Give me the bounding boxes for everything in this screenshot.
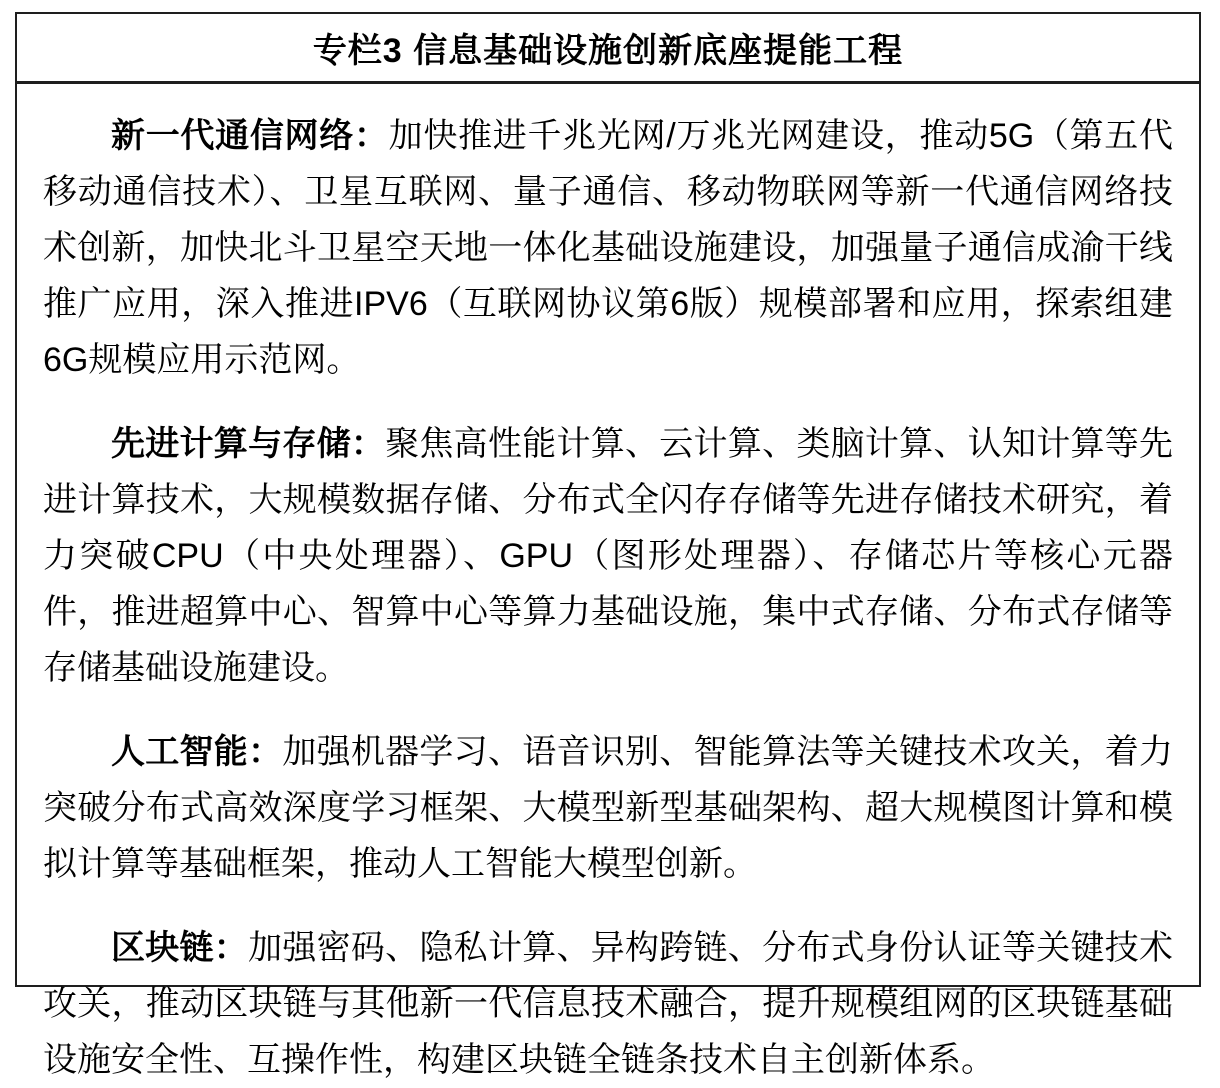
paragraph-label: 区块链： <box>111 929 248 967</box>
panel-title: 专栏3 信息基础设施创新底座提能工程 <box>313 23 903 72</box>
paragraph: 区块链：加强密码、隐私计算、异构跨链、分布式身份认证等关键技术攻关，推动区块链与… <box>43 920 1173 1088</box>
paragraph: 新一代通信网络：加快推进千兆光网/万兆光网建设，推动5G（第五代移动通信技术）、… <box>43 108 1173 388</box>
paragraph-text: 加快推进千兆光网/万兆光网建设，推动5G（第五代移动通信技术）、卫星互联网、量子… <box>43 117 1173 379</box>
paragraph-label: 新一代通信网络： <box>111 117 389 155</box>
paragraph-text: 聚焦高性能计算、云计算、类脑计算、认知计算等先进计算技术，大规模数据存储、分布式… <box>43 425 1173 687</box>
paragraph: 人工智能：加强机器学习、语音识别、智能算法等关键技术攻关，着力突破分布式高效深度… <box>43 724 1173 892</box>
panel-title-row: 专栏3 信息基础设施创新底座提能工程 <box>17 14 1199 84</box>
paragraph-label: 先进计算与存储： <box>111 425 385 463</box>
column-panel: 专栏3 信息基础设施创新底座提能工程 新一代通信网络：加快推进千兆光网/万兆光网… <box>15 12 1201 987</box>
paragraph-label: 人工智能： <box>111 733 282 771</box>
paragraph: 先进计算与存储：聚焦高性能计算、云计算、类脑计算、认知计算等先进计算技术，大规模… <box>43 416 1173 696</box>
panel-body: 新一代通信网络：加快推进千兆光网/万兆光网建设，推动5G（第五代移动通信技术）、… <box>17 84 1199 1088</box>
